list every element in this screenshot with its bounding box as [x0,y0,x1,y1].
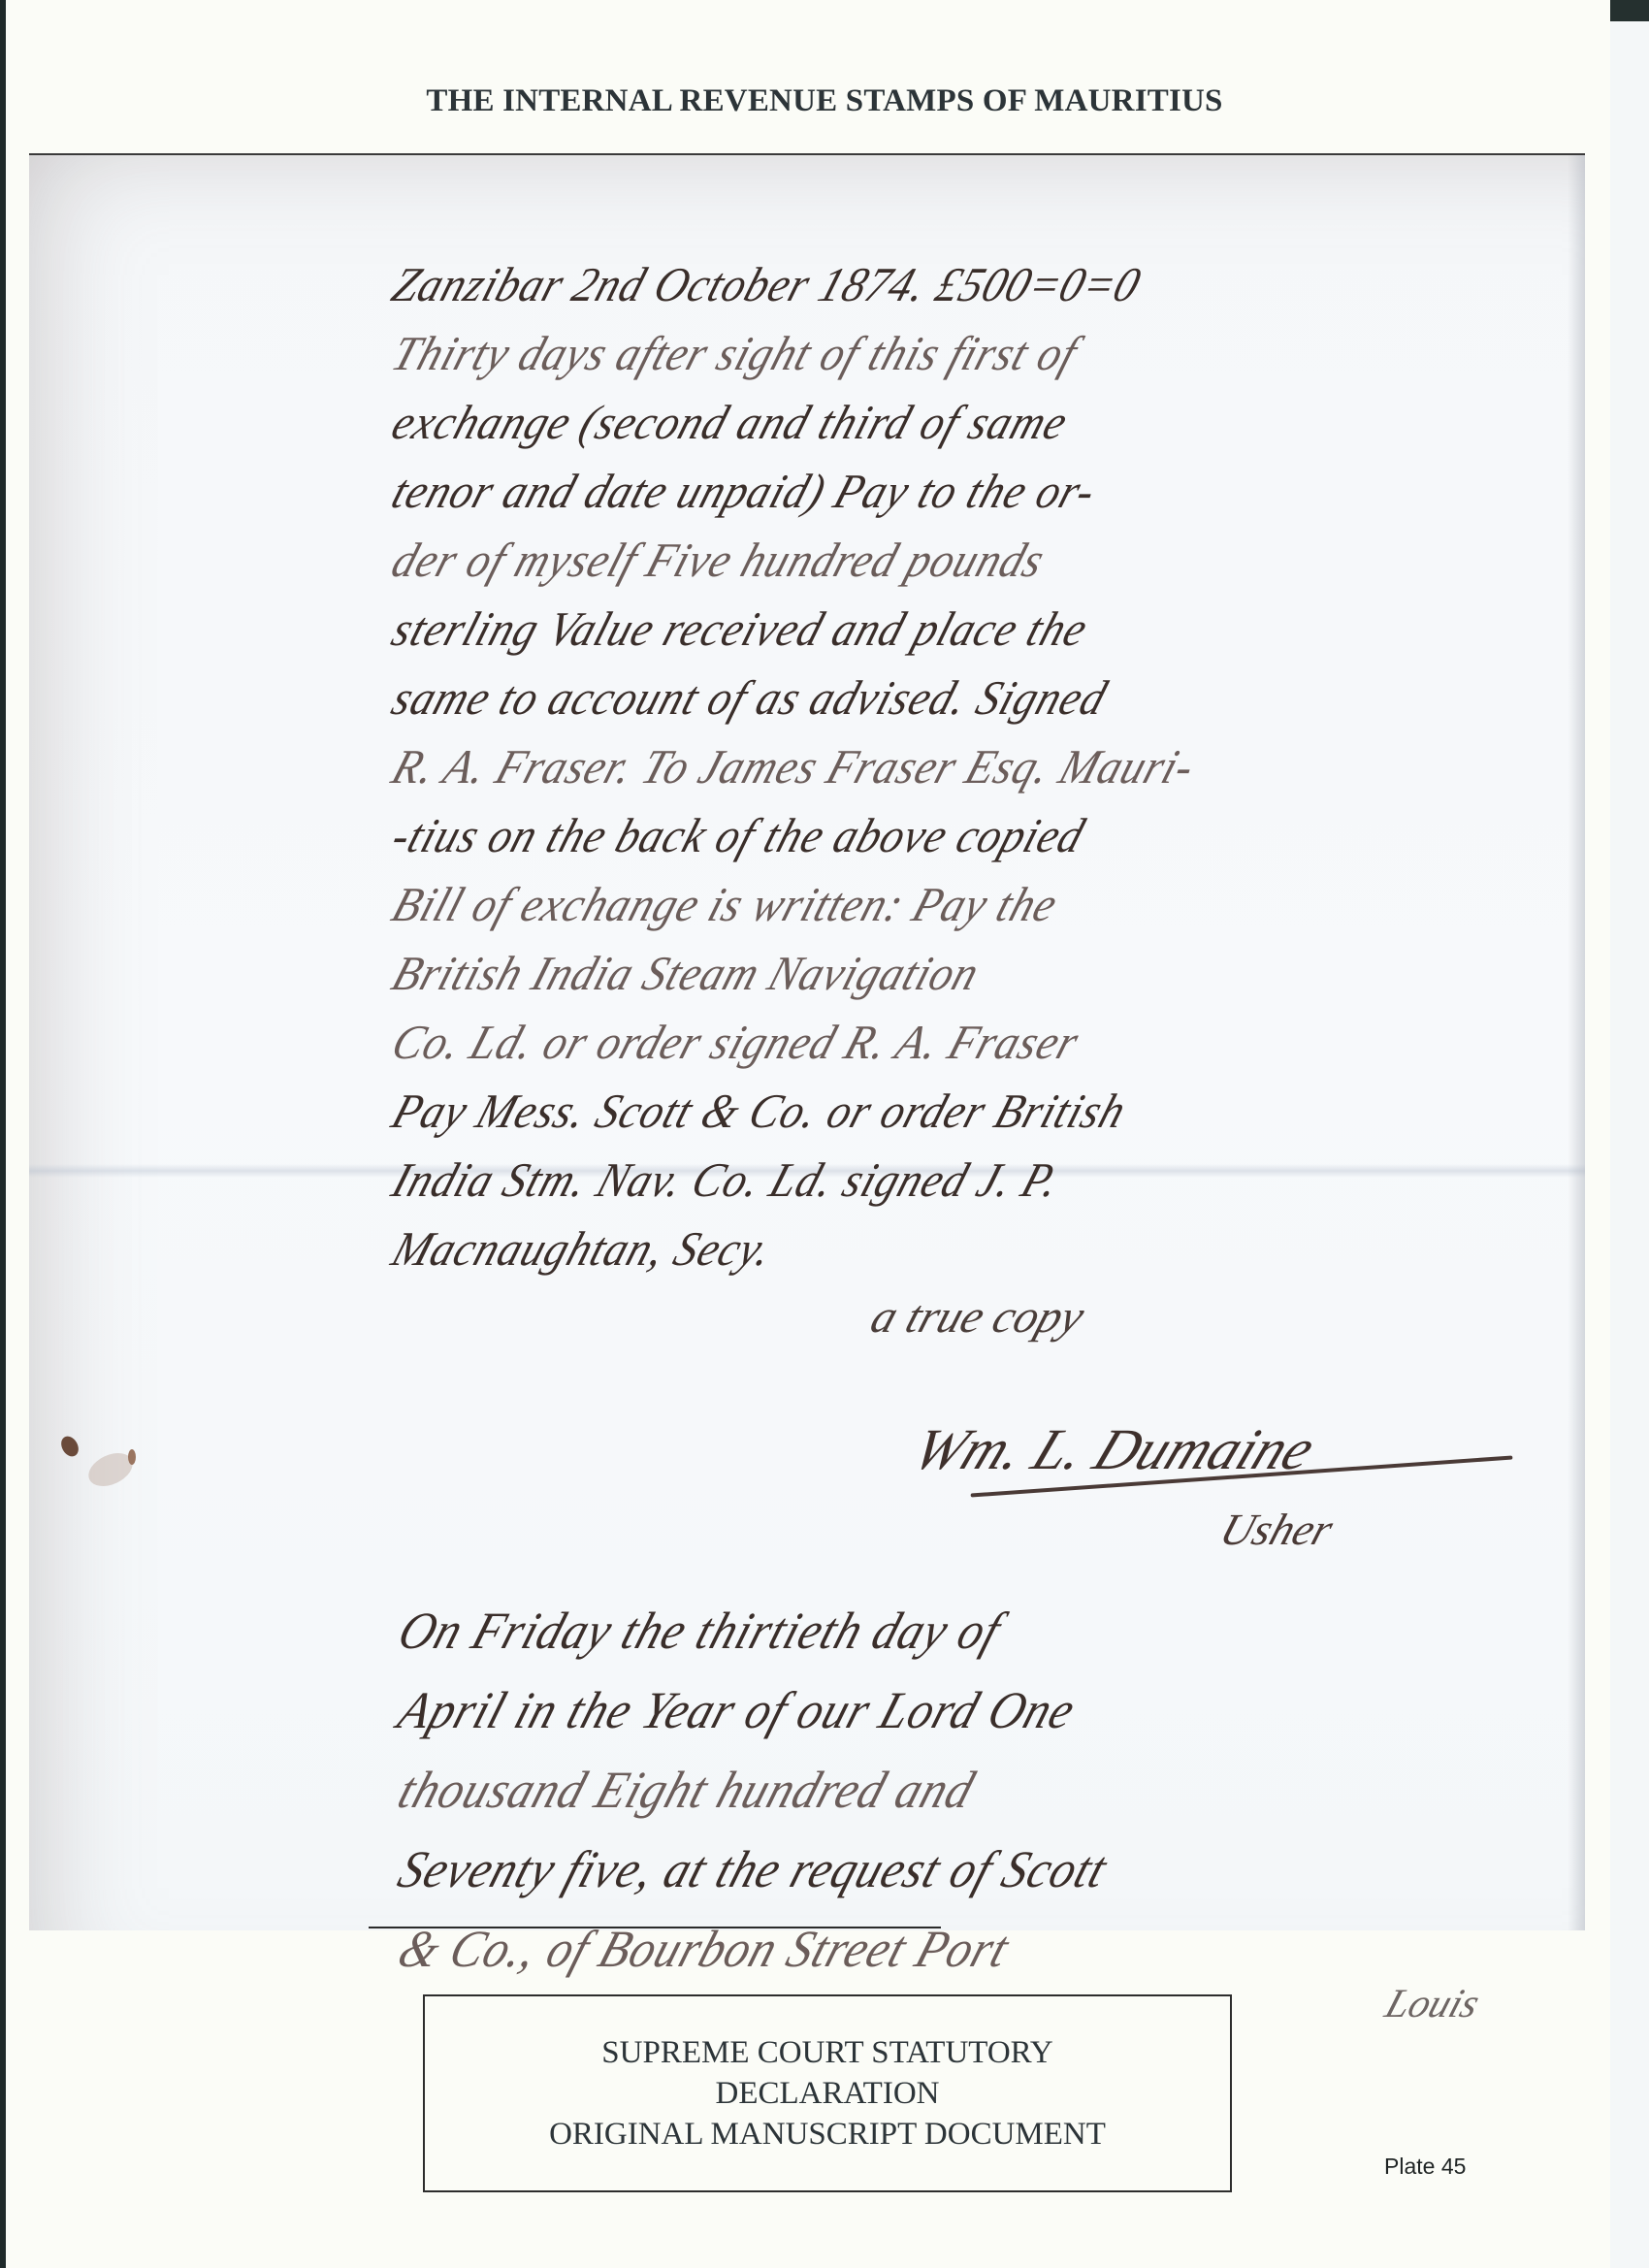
manuscript-line: Zanzibar 2nd October 1874. £500=0=0 [383,250,1521,319]
ink-stain [58,1433,82,1459]
manuscript-declaration-text: On Friday the thirtieth day of April in … [388,1591,1600,1989]
manuscript-line: sterling Value received and place the [383,595,1521,664]
manuscript-line: Pay Mess. Scott & Co. or order British [383,1077,1521,1146]
ink-stain [128,1449,136,1465]
signature-title: Usher [1213,1504,1340,1555]
page-title: THE INTERNAL REVENUE STAMPS OF MAURITIUS [0,83,1649,119]
manuscript-line: & Co., of Bourbon Street Port [388,1909,1530,1989]
scan-left-edge [0,0,6,2268]
manuscript-line: April in the Year of our Lord One [388,1670,1530,1750]
true-copy-note: a true copy [864,1290,1091,1344]
manuscript-line: R. A. Fraser. To James Fraser Esq. Mauri… [383,732,1521,801]
caption-box: SUPREME COURT STATUTORY DECLARATION ORIG… [423,1994,1232,2192]
manuscript-line: exchange (second and third of same [383,388,1521,457]
caption-line: SUPREME COURT STATUTORY [601,2032,1052,2073]
mount-divider-line [369,1927,941,1928]
manuscript-line: tenor and date unpaid) Pay to the or- [383,457,1521,526]
manuscript-fragment: Louis [1379,1981,1485,2027]
caption-line: DECLARATION [716,2073,940,2114]
manuscript-line: der of myself Five hundred pounds [383,526,1521,595]
manuscript-line: same to account of as advised. Signed [383,664,1521,732]
manuscript-bill-of-exchange-text: Zanzibar 2nd October 1874. £500=0=0 Thir… [383,250,1596,1283]
scan-corner-shadow [1610,0,1649,21]
manuscript-line: Thirty days after sight of this first of [383,319,1521,388]
manuscript-line: Co. Ld. or order signed R. A. Fraser [383,1008,1521,1077]
caption-line: ORIGINAL MANUSCRIPT DOCUMENT [549,2114,1106,2155]
manuscript-line: Macnaughtan, Secy. [383,1215,1521,1283]
scan-right-margin [1610,0,1649,2268]
manuscript-line: thousand Eight hundred and [388,1750,1530,1830]
manuscript-line: On Friday the thirtieth day of [388,1591,1530,1670]
manuscript-line: British India Steam Navigation [383,939,1521,1008]
manuscript-line: Seventy five, at the request of Scott [388,1830,1530,1909]
plate-number-label: Plate 45 [1384,2154,1466,2180]
manuscript-line: India Stm. Nav. Co. Ld. signed J. P. [383,1146,1521,1215]
manuscript-line: Bill of exchange is written: Pay the [383,870,1521,939]
manuscript-line: -tius on the back of the above copied [383,801,1521,870]
